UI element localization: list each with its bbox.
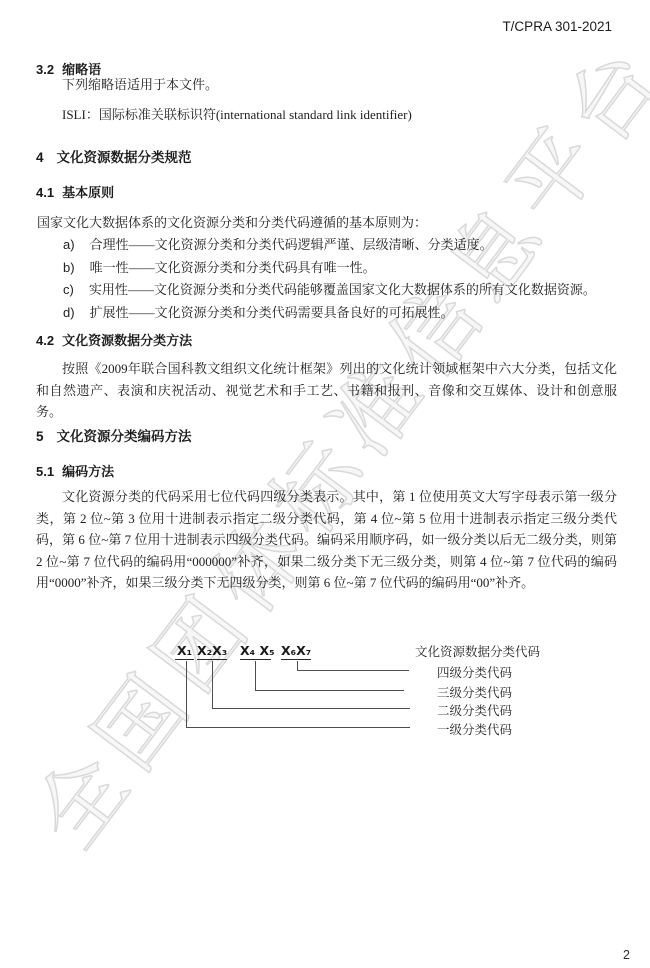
connector-vline-level1 bbox=[186, 661, 187, 727]
section-title: 文化资源数据分类规范 bbox=[57, 150, 192, 165]
list-item-a: a)合理性——文化资源分类和分类代码逻辑严谨、层级清晰、分类适度。 bbox=[63, 234, 493, 256]
connector-vline-level3 bbox=[255, 661, 256, 690]
section-title: 文化资源分类编码方法 bbox=[57, 429, 192, 444]
connector-hline-level2 bbox=[212, 708, 410, 709]
abbrev-intro-paragraph: 下列缩略语适用于本文件。 bbox=[62, 74, 218, 96]
page-content: T/CPRA 301-2021 3.2缩略语 下列缩略语适用于本文件。 ISLI… bbox=[0, 0, 650, 968]
principles-intro-paragraph: 国家文化大数据体系的文化资源分类和分类代码遵循的基本原则为： bbox=[37, 212, 427, 234]
list-item-label: c) bbox=[63, 279, 74, 301]
connector-hline-level1 bbox=[186, 727, 410, 728]
coding-method-paragraph: 文化资源分类的代码采用七位代码四级分类表示。其中，第 1 位使用英文大写字母表示… bbox=[36, 486, 617, 594]
section-number: 3.2 bbox=[36, 62, 54, 77]
diagram-caption: 文化资源数据分类代码 bbox=[415, 642, 540, 660]
standard-number: T/CPRA 301-2021 bbox=[502, 19, 612, 34]
connector-vline-level2 bbox=[212, 661, 213, 708]
section-heading-5: 5文化资源分类编码方法 bbox=[36, 425, 192, 445]
section-heading-4-1: 4.1基本原则 bbox=[36, 182, 114, 201]
section-number: 4 bbox=[36, 150, 44, 165]
section-number: 5 bbox=[36, 429, 44, 444]
classification-method-paragraph: 按照《2009年联合国科教文组织文化统计框架》列出的文化统计领域框架中六大分类，… bbox=[36, 358, 617, 423]
list-item-d: d)扩展性——文化资源分类和分类代码需要具备良好的可拓展性。 bbox=[63, 302, 454, 324]
section-number: 5.1 bbox=[36, 464, 54, 479]
level-label-2: 二级分类代码 bbox=[437, 701, 512, 719]
level-label-4: 四级分类代码 bbox=[437, 663, 512, 681]
section-number: 4.1 bbox=[36, 185, 54, 200]
list-item-text: 扩展性——文化资源分类和分类代码需要具备良好的可拓展性。 bbox=[90, 305, 454, 320]
level-label-1: 一级分类代码 bbox=[437, 720, 512, 738]
section-title: 编码方法 bbox=[62, 464, 114, 479]
section-title: 基本原则 bbox=[62, 185, 114, 200]
section-heading-4-2: 4.2文化资源数据分类方法 bbox=[36, 330, 192, 349]
section-number: 4.2 bbox=[36, 333, 54, 348]
list-item-label: d) bbox=[63, 302, 75, 324]
code-group-x6x7: X₆X₇ bbox=[281, 643, 311, 660]
list-item-text: 唯一性——文化资源分类和分类代码具有唯一性。 bbox=[90, 260, 376, 275]
code-group-x4x5: X₄ X₅ bbox=[240, 643, 271, 660]
connector-hline-level3 bbox=[255, 690, 404, 691]
document-page: 全国团体标准信息平台 T/CPRA 301-2021 3.2缩略语 下列缩略语适… bbox=[0, 0, 650, 968]
list-item-c: c)实用性——文化资源分类和分类代码能够覆盖国家文化大数据体系的所有文化数据资源… bbox=[63, 279, 596, 301]
code-group-x2x3: X₂X₃ bbox=[197, 643, 227, 660]
list-item-label: a) bbox=[63, 234, 75, 256]
list-item-b: b)唯一性——文化资源分类和分类代码具有唯一性。 bbox=[63, 257, 376, 279]
isli-definition: ISLI：国际标准关联标识符(international standard li… bbox=[62, 104, 412, 126]
list-item-text: 实用性——文化资源分类和分类代码能够覆盖国家文化大数据体系的所有文化数据资源。 bbox=[89, 282, 596, 297]
section-heading-4: 4文化资源数据分类规范 bbox=[36, 146, 192, 166]
connector-vline-level4 bbox=[297, 661, 298, 670]
level-label-3: 三级分类代码 bbox=[437, 683, 512, 701]
code-group-x1: X₁ bbox=[175, 643, 194, 660]
section-heading-5-1: 5.1编码方法 bbox=[36, 461, 114, 480]
list-item-label: b) bbox=[63, 257, 75, 279]
list-item-text: 合理性——文化资源分类和分类代码逻辑严谨、层级清晰、分类适度。 bbox=[90, 237, 493, 252]
connector-hline-level4 bbox=[297, 670, 409, 671]
page-number: 2 bbox=[623, 948, 630, 962]
section-title: 文化资源数据分类方法 bbox=[62, 333, 192, 348]
